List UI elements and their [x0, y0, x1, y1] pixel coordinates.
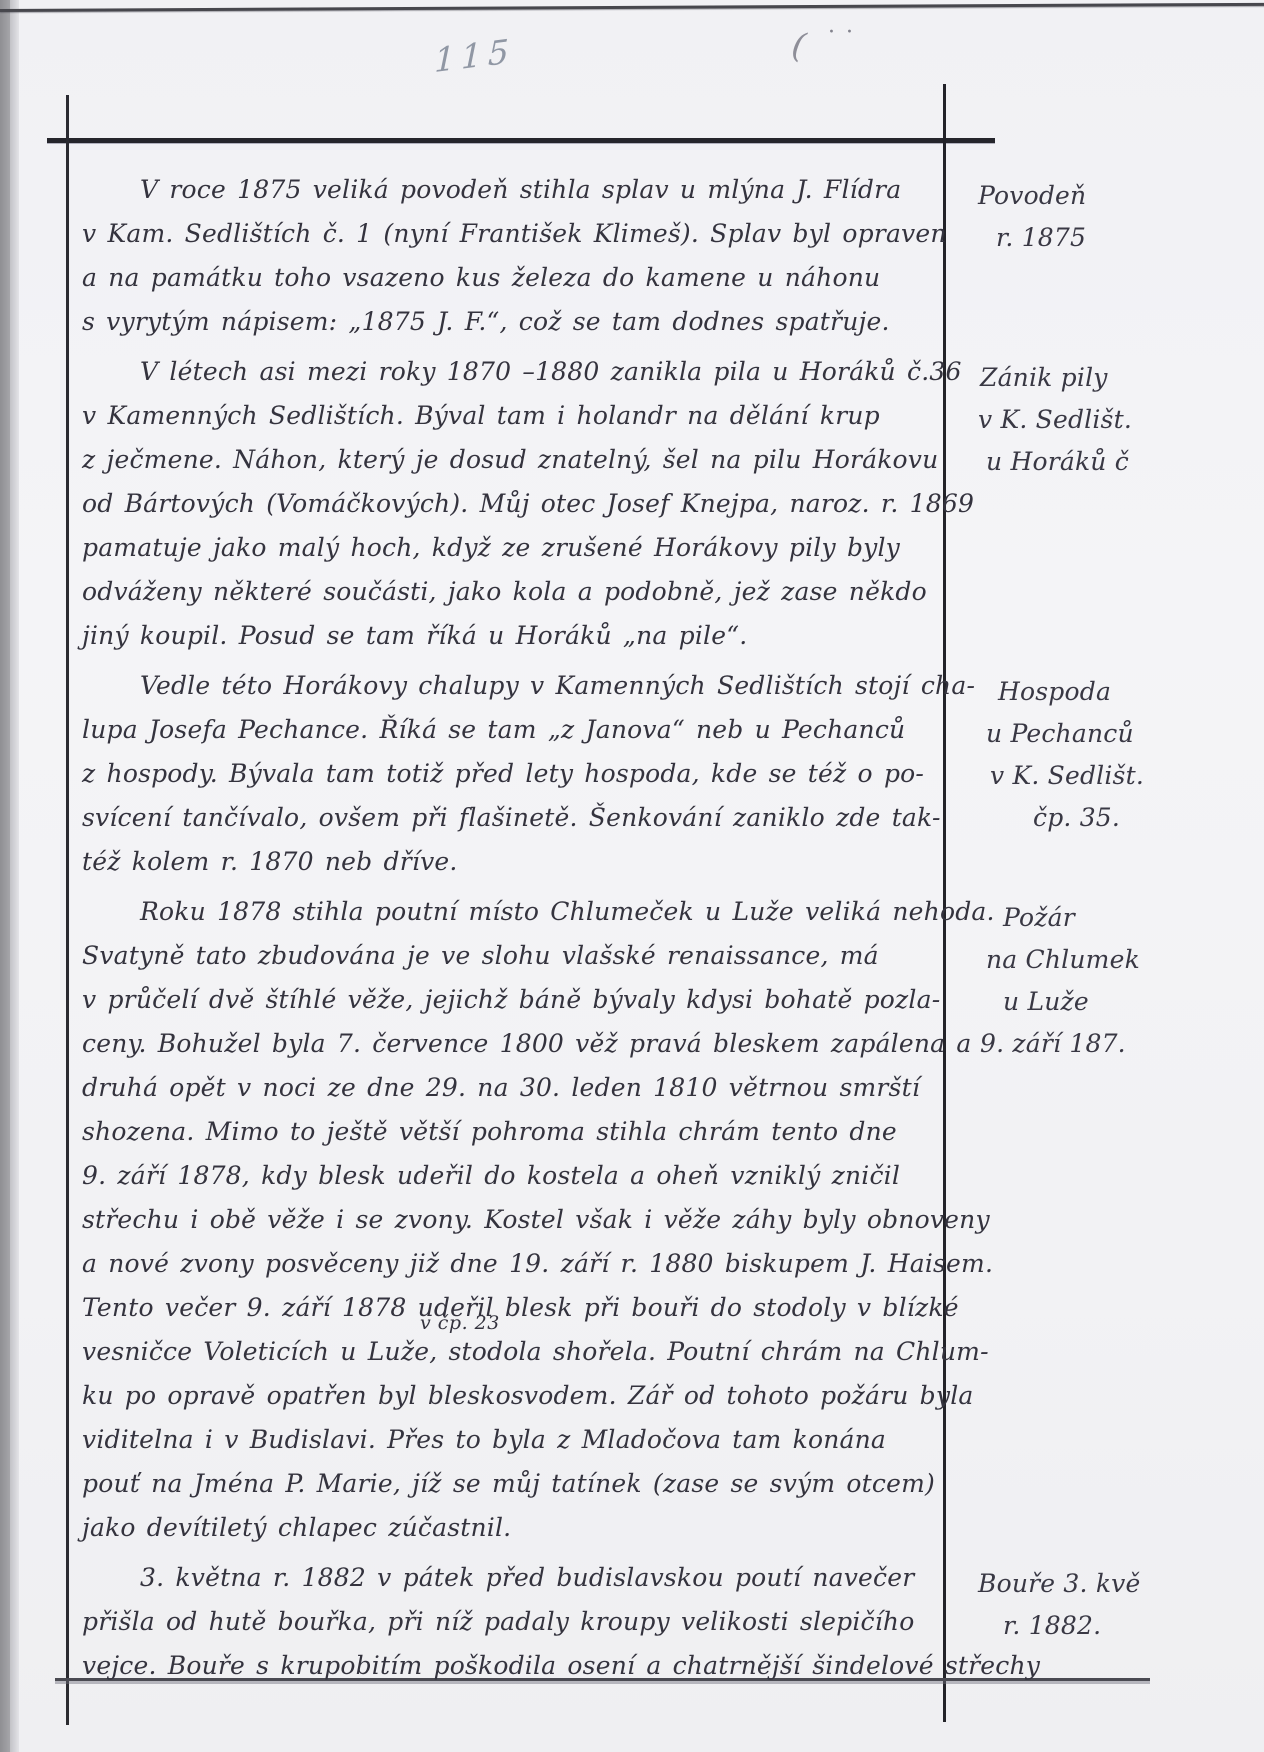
margin-note: Bouře 3. kvěr. 1882. — [978, 1563, 1260, 1647]
margin-note-line: čp. 35. — [978, 797, 1260, 839]
margin-note-line: u Pechanců — [978, 713, 1260, 755]
text-line: druhá opět v noci ze dne 29. na 30. lede… — [82, 1066, 954, 1110]
text-line: přišla od hutě bouřka, při níž padaly kr… — [82, 1600, 954, 1644]
margin-note-line: Bouře 3. kvě — [978, 1563, 1260, 1605]
text-line: v průčelí dvě štíhlé věže, jejichž báně … — [82, 978, 954, 1022]
margin-note-line: Hospoda — [978, 671, 1260, 713]
margin-note: Požárna Chlumeku Luže9. září 187. — [978, 897, 1260, 1065]
text-line: a na památku toho vsazeno kus železa do … — [82, 256, 954, 300]
text-line: od Bártových (Vomáčkových). Můj otec Jos… — [82, 482, 954, 526]
margin-note-line: r. 1882. — [978, 1605, 1260, 1647]
chronicle-page-scan: 115 ( · · V roce 1875 veliká povodeň sti… — [0, 0, 1264, 1752]
top-rule — [47, 138, 995, 143]
page-number: 115 — [434, 31, 515, 80]
text-line: z ječmene. Náhon, který je dosud znateln… — [82, 438, 954, 482]
text-line: Tento večer 9. září 1878 udeřil blesk př… — [82, 1286, 954, 1330]
left-margin-rule — [66, 95, 69, 1725]
text-line: a nové zvony posvěceny již dne 19. září … — [82, 1242, 954, 1286]
paragraph: Vedle této Horákovy chalupy v Kamenných … — [82, 664, 954, 884]
margin-note-line: Povodeň — [978, 175, 1260, 217]
margin-note-line: v K. Sedlišt. — [978, 755, 1260, 797]
paragraph: V roce 1875 veliká povodeň stihla splav … — [82, 168, 954, 344]
margin-note-line: u Luže — [978, 981, 1260, 1023]
text-line: též kolem r. 1870 neb dříve. — [82, 840, 954, 884]
margin-note-line: r. 1875 — [978, 217, 1260, 259]
text-line: viditelna i v Budislavi. Přes to byla z … — [82, 1418, 954, 1462]
text-line: jiný koupil. Posud se tam říká u Horáků … — [82, 614, 954, 658]
text-line: pamatuje jako malý hoch, když ze zrušené… — [82, 526, 954, 570]
margin-note-line: 9. září 187. — [978, 1023, 1260, 1065]
scan-edge-left-band — [0, 0, 10, 1752]
text-line: 3. května r. 1882 v pátek před budislavs… — [82, 1556, 954, 1600]
text-line: vesničce Voleticích u Luže, stodola shoř… — [82, 1330, 954, 1374]
main-text-column: V roce 1875 veliká povodeň stihla splav … — [82, 168, 954, 1694]
margin-note: Hospodau Pechancův K. Sedlišt.čp. 35. — [978, 671, 1260, 839]
text-line: vejce. Bouře s krupobitím poškodila osen… — [82, 1644, 954, 1688]
text-line: jako devítiletý chlapec zúčastnil. — [82, 1506, 954, 1550]
margin-note: Povodeňr. 1875 — [978, 175, 1260, 259]
text-line: shozena. Mimo to ještě větší pohroma sti… — [82, 1110, 954, 1154]
margin-note-line: Zánik pily — [978, 357, 1260, 399]
text-line: Svatyně tato zbudována je ve slohu vlašs… — [82, 934, 954, 978]
text-line: z hospody. Bývala tam totiž před lety ho… — [82, 752, 954, 796]
text-line: V létech asi mezi roky 1870 –1880 zanikl… — [82, 350, 954, 394]
margin-note-line: na Chlumek — [978, 939, 1260, 981]
text-line: Roku 1878 stihla poutní místo Chlumeček … — [82, 890, 954, 934]
text-line: s vyrytým nápisem: „1875 J. F.“, což se … — [82, 300, 954, 344]
paragraph: Roku 1878 stihla poutní místo Chlumeček … — [82, 890, 954, 1550]
text-line: střechu i obě věže i se zvony. Kostel vš… — [82, 1198, 954, 1242]
paragraph: 3. května r. 1882 v pátek před budislavs… — [82, 1556, 954, 1688]
interline-insertion: v čp. 23 — [420, 1312, 500, 1334]
text-line: pouť na Jména P. Marie, jíž se můj tatín… — [82, 1462, 954, 1506]
margin-note-line: u Horáků č — [978, 441, 1260, 483]
text-line: v Kam. Sedlištích č. 1 (nyní František K… — [82, 212, 954, 256]
text-line: odváženy některé součásti, jako kola a p… — [82, 570, 954, 614]
margin-note-line: Požár — [978, 897, 1260, 939]
text-line: ceny. Bohužel byla 7. července 1800 věž … — [82, 1022, 954, 1066]
text-line: v Kamenných Sedlištích. Býval tam i hola… — [82, 394, 954, 438]
margin-note-line: v K. Sedlišt. — [978, 399, 1260, 441]
ink-mark: ( — [789, 25, 808, 67]
ink-dots: · · — [828, 20, 855, 45]
text-line: svícení tančívalo, ovšem při flašinetě. … — [82, 796, 954, 840]
page-top-edge-line — [0, 3, 1264, 12]
text-line: Vedle této Horákovy chalupy v Kamenných … — [82, 664, 954, 708]
text-line: lupa Josefa Pechance. Říká se tam „z Jan… — [82, 708, 954, 752]
margin-note: Zánik pilyv K. Sedlišt.u Horáků č — [978, 357, 1260, 483]
text-line: ku po opravě opatřen byl bleskosvodem. Z… — [82, 1374, 954, 1418]
paragraph: V létech asi mezi roky 1870 –1880 zanikl… — [82, 350, 954, 658]
text-line: 9. září 1878, kdy blesk udeřil do kostel… — [82, 1154, 954, 1198]
scan-edge-left-shade — [10, 0, 19, 1752]
text-line: V roce 1875 veliká povodeň stihla splav … — [82, 168, 954, 212]
